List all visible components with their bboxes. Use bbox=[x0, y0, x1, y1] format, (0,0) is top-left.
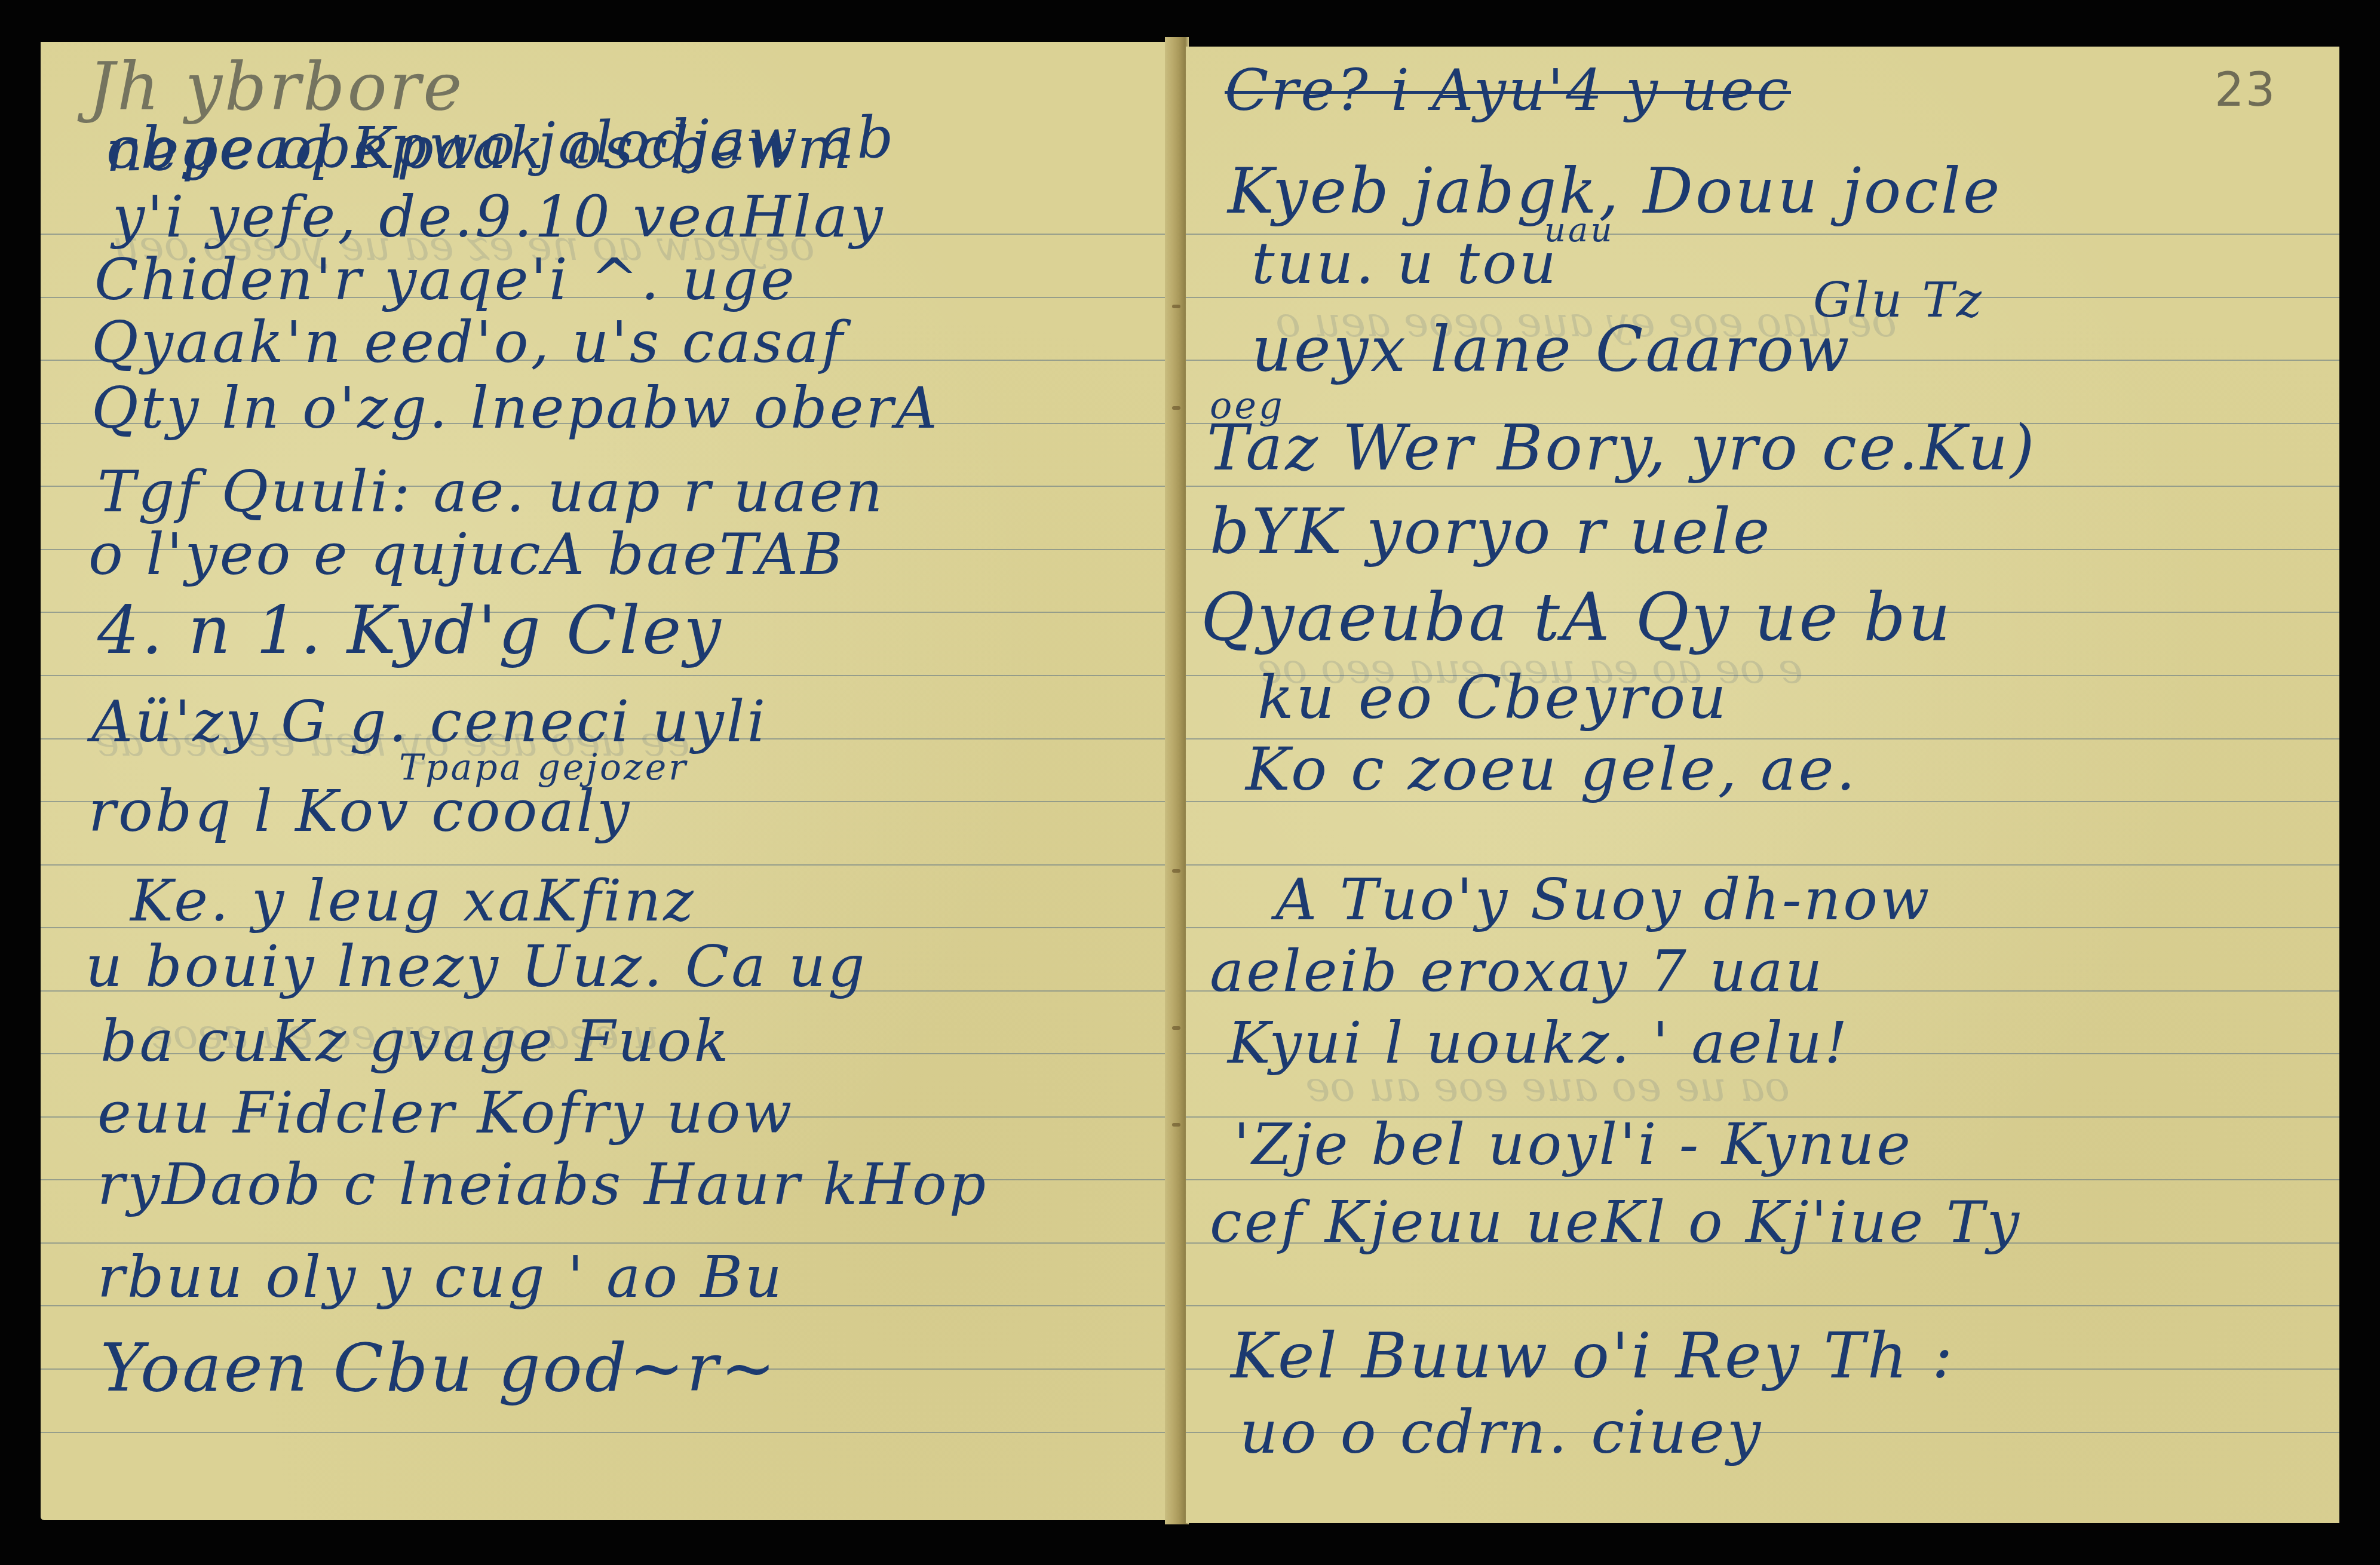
ruled-line bbox=[1186, 864, 2339, 866]
ruled-line bbox=[41, 675, 1171, 676]
staple-mark bbox=[1172, 869, 1180, 873]
page-number: 23 bbox=[2215, 63, 2276, 117]
handwritten-line: ba cuKz gvage Fuok bbox=[100, 1012, 731, 1070]
left-page: oeyeaw ao ne ez ea ue yoeeo oeu ee ueo a… bbox=[41, 42, 1171, 1520]
staple-mark bbox=[1172, 406, 1180, 410]
ruled-line bbox=[1186, 486, 2339, 487]
handwritten-line: nepe obepwo jalodjaw ab bbox=[105, 109, 896, 180]
handwritten-line: bYK yoryo r uele bbox=[1210, 501, 1772, 563]
handwritten-line: tuu. u tou bbox=[1252, 235, 1559, 292]
notebook-gutter bbox=[1165, 37, 1189, 1524]
handwritten-line: Ko c zoeu gele, ae. bbox=[1246, 739, 1858, 799]
handwritten-line: Tgf Quuli: ae. uap r uaen bbox=[97, 463, 885, 520]
ruled-line bbox=[1186, 1305, 2339, 1306]
handwritten-line: u bouiy lnezy Uuz. Ca ug bbox=[85, 938, 867, 995]
handwritten-line: Qyaeuba tA Qy ue bu bbox=[1201, 584, 1953, 650]
struck-through-line: Cre? i Ayu'4 y uec bbox=[1225, 62, 1791, 119]
handwritten-line: ku eo Cbeyrou bbox=[1258, 668, 1729, 728]
handwritten-line: y'i yefe, de.9.10 veaHlay bbox=[112, 188, 885, 246]
handwritten-line: Kyeb jabgk, Douu jocle bbox=[1228, 160, 2002, 222]
handwritten-line: Qty ln o'zg. lnepabw oberA bbox=[91, 379, 940, 437]
right-page: oe uao eoe ey aue oeoe aeu o e oe ao ea … bbox=[1186, 47, 2339, 1523]
ruled-line bbox=[41, 864, 1171, 866]
ruled-line bbox=[1186, 1179, 2339, 1180]
handwritten-line: robq l Kov cooaly bbox=[88, 782, 632, 840]
handwritten-line: 'Zje bel uoyl'i - Kynue bbox=[1234, 1116, 1913, 1173]
handwritten-line: 4. n 1. Kyd'g Cley bbox=[97, 597, 723, 663]
staple-mark bbox=[1172, 1123, 1180, 1127]
handwritten-line: ryDaob c lneiabs Haur kHop bbox=[97, 1156, 988, 1213]
staple-mark bbox=[1172, 1026, 1180, 1030]
handwritten-line: A Tuo'y Suoy dh-now bbox=[1275, 871, 1931, 928]
handwritten-line: ueyx lane Caarow bbox=[1252, 318, 1852, 380]
handwritten-line: Chiden'r yaqe'i ^. uge bbox=[94, 251, 797, 308]
staple-mark bbox=[1172, 305, 1180, 308]
handwritten-line: Qyaak'n eed'o, u's casaf bbox=[91, 314, 845, 371]
handwritten-line: cef Kjeuu ueKl o Kj'iue Ty bbox=[1210, 1193, 2022, 1251]
handwritten-line: rbuu oly y cug ' ao Bu bbox=[97, 1248, 784, 1306]
ruled-line bbox=[41, 1432, 1171, 1433]
handwritten-line: Kyui l uoukz. ' aelu! bbox=[1228, 1014, 1850, 1072]
handwritten-line: euu Fidcler Kofry uow bbox=[97, 1084, 794, 1141]
pencil-note: Jh ybrbore bbox=[88, 54, 464, 119]
handwritten-line: Kel Buuw o'i Rey Th : bbox=[1231, 1325, 1955, 1387]
handwritten-line: Aü'zy G g. ceneci uyli bbox=[91, 693, 768, 750]
handwritten-line: uo o cdrn. ciuey bbox=[1240, 1403, 1763, 1462]
handwritten-line: Yoaen Cbu god~r~ bbox=[100, 1335, 778, 1401]
handwritten-line: aeleib eroxay 7 uau bbox=[1210, 943, 1824, 1000]
handwritten-line: o l'yeo e qujucA baeTAB bbox=[88, 526, 845, 583]
handwritten-line: Ke. y leug xaKfinz bbox=[130, 872, 696, 929]
handwritten-line: Taz Wer Bory, yro ce.Ku) bbox=[1207, 417, 2037, 479]
